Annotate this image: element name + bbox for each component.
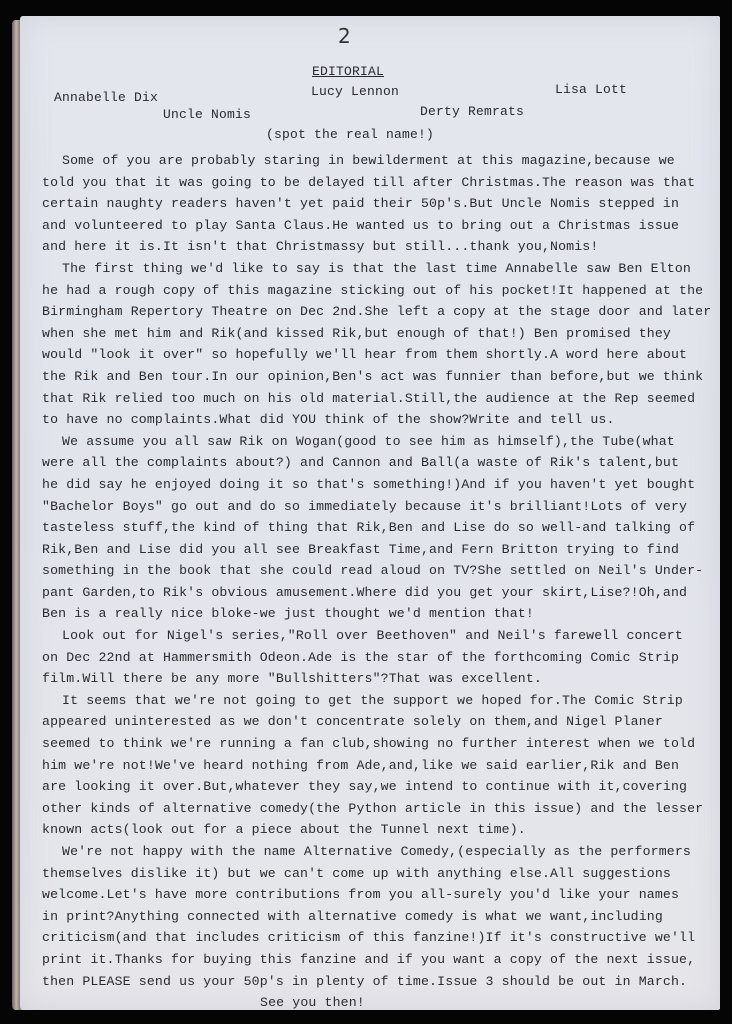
text-line: to have no complaints.What did YOU think… bbox=[42, 409, 712, 431]
editor-name: Derty Remrats bbox=[420, 104, 524, 119]
editor-name: Lucy Lennon bbox=[311, 84, 399, 99]
text-line: criticism(and that includes criticism of… bbox=[42, 927, 712, 949]
text-line: the Rik and Ben tour.In our opinion,Ben'… bbox=[42, 366, 712, 388]
text-line: known acts(look out for a piece about th… bbox=[42, 819, 712, 841]
text-line: on Dec 22nd at Hammersmith Odeon.Ade is … bbox=[42, 647, 712, 669]
text-line: he had a rough copy of this magazine sti… bbox=[42, 280, 712, 302]
text-line: Rik,Ben and Lise did you all see Breakfa… bbox=[42, 539, 712, 561]
text-line: other kinds of alternative comedy(the Py… bbox=[42, 798, 712, 820]
text-line: The first thing we'd like to say is that… bbox=[42, 258, 712, 280]
text-line: and here it is.It isn't that Christmassy… bbox=[42, 236, 712, 258]
text-line: We assume you all saw Rik on Wogan(good … bbox=[42, 431, 712, 453]
text-line: he did say he enjoyed doing it so that's… bbox=[42, 474, 712, 496]
text-line: him we're not!We've heard nothing from A… bbox=[42, 755, 712, 777]
text-line: that Rik relied too much on his old mate… bbox=[42, 388, 712, 410]
text-line: are looking it over.But,whatever they sa… bbox=[42, 776, 712, 798]
text-line: We're not happy with the name Alternativ… bbox=[42, 841, 712, 863]
text-line: when she met him and Rik(and kissed Rik,… bbox=[42, 323, 712, 345]
text-line: then PLEASE send us your 50p's in plenty… bbox=[42, 971, 712, 993]
text-line: would "look it over" so hopefully we'll … bbox=[42, 344, 712, 366]
editor-name: Annabelle Dix bbox=[54, 90, 158, 105]
fanzine-page: 2 EDITORIAL Annabelle Dix Lucy Lennon Li… bbox=[20, 16, 720, 1010]
text-line: were all the complaints about?) and Cann… bbox=[42, 452, 712, 474]
text-line: and volunteered to play Santa Claus.He w… bbox=[42, 215, 712, 237]
paragraph: It seems that we're not going to get the… bbox=[42, 690, 712, 841]
text-line: appeared uninterested as we don't concen… bbox=[42, 711, 712, 733]
names-note: (spot the real name!) bbox=[266, 127, 434, 142]
editorial-body: Some of you are probably staring in bewi… bbox=[42, 150, 712, 1014]
text-line: Birmingham Repertory Theatre on Dec 2nd.… bbox=[42, 301, 712, 323]
paragraph: Look out for Nigel's series,"Roll over B… bbox=[42, 625, 712, 690]
editor-name: Uncle Nomis bbox=[163, 107, 251, 122]
text-line: film.Will there be any more "Bullshitter… bbox=[42, 668, 712, 690]
text-line: Some of you are probably staring in bewi… bbox=[42, 150, 712, 172]
text-line: It seems that we're not going to get the… bbox=[42, 690, 712, 712]
paragraph: The first thing we'd like to say is that… bbox=[42, 258, 712, 431]
text-line: welcome.Let's have more contributions fr… bbox=[42, 884, 712, 906]
sign-off: See you then! bbox=[42, 992, 712, 1014]
text-line: something in the book that she could rea… bbox=[42, 560, 712, 582]
editorial-title: EDITORIAL bbox=[312, 64, 384, 79]
text-line: Look out for Nigel's series,"Roll over B… bbox=[42, 625, 712, 647]
text-line: seemed to think we're running a fan club… bbox=[42, 733, 712, 755]
text-line: print it.Thanks for buying this fanzine … bbox=[42, 949, 712, 971]
text-line: tasteless stuff,the kind of thing that R… bbox=[42, 517, 712, 539]
text-line: certain naughty readers haven't yet paid… bbox=[42, 193, 712, 215]
text-line: "Bachelor Boys" go out and do so immedia… bbox=[42, 496, 712, 518]
text-line: themselves dislike it) but we can't come… bbox=[42, 863, 712, 885]
text-line: in print?Anything connected with alterna… bbox=[42, 906, 712, 928]
page-number: 2 bbox=[338, 24, 351, 48]
paragraph: We assume you all saw Rik on Wogan(good … bbox=[42, 431, 712, 625]
text-line: told you that it was going to be delayed… bbox=[42, 172, 712, 194]
text-line: pant Garden,to Rik's obvious amusement.W… bbox=[42, 582, 712, 604]
paragraph: We're not happy with the name Alternativ… bbox=[42, 841, 712, 992]
paragraph: Some of you are probably staring in bewi… bbox=[42, 150, 712, 258]
text-line: Ben is a really nice bloke-we just thoug… bbox=[42, 603, 712, 625]
editor-name: Lisa Lott bbox=[555, 82, 627, 97]
